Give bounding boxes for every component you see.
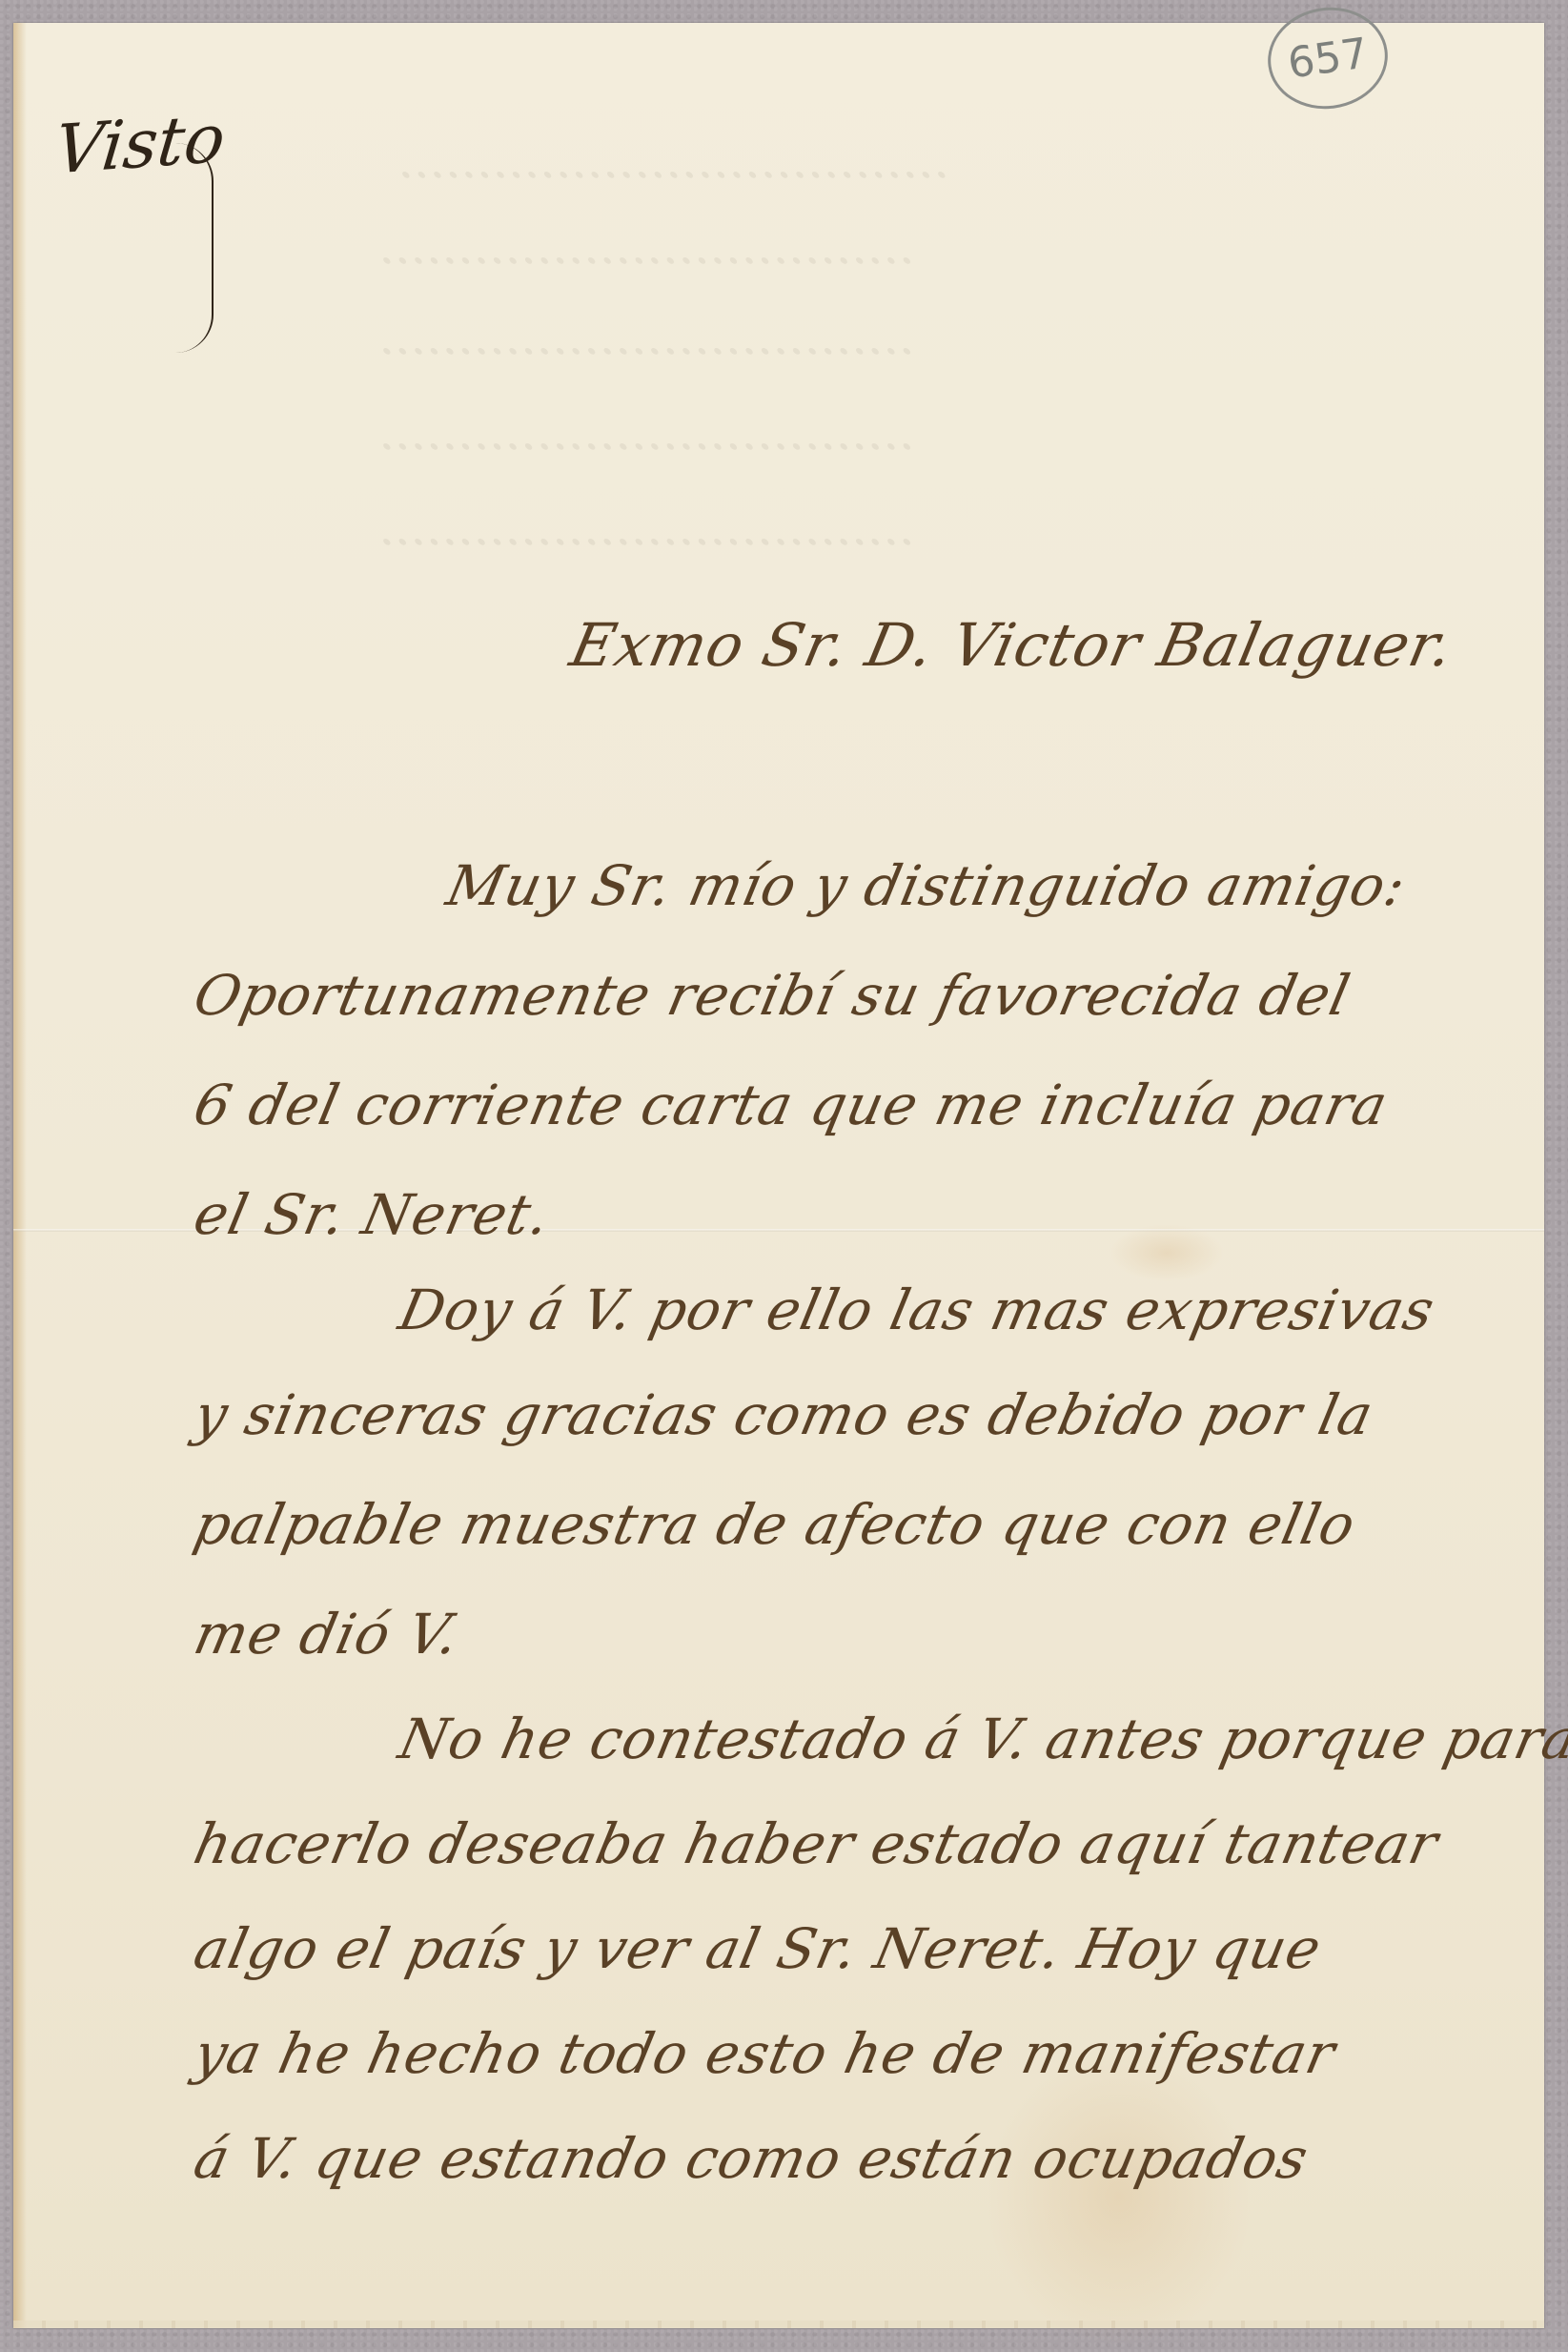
letter-line: hacerlo deseaba haber estado aquí tantea… [189,1811,1444,1876]
letter-page: ................................... ....… [13,23,1544,2328]
annotation-flourish [173,143,214,353]
bleed-through-text: .................................. [369,500,919,557]
bleed-through-text: .................................. [369,218,919,276]
letter-line: 6 del corriente carta que me incluía par… [189,1073,1394,1137]
water-stain [986,2044,1252,2349]
letter-line: á V. que estando como están ocupados [189,2126,1314,2191]
letter-line: el Sr. Neret. [189,1182,557,1247]
bleed-through-text: .................................. [369,404,919,461]
letter-line: Oportunamente recibí su favorecida del [189,963,1356,1028]
letter-line: No he contestado á V. antes porque para [394,1707,1568,1771]
bleed-through-text: .................................. [369,309,919,366]
greeting-line: Muy Sr. mío y distinguido amigo: [441,853,1412,918]
letter-line: Doy á V. por ello las mas expresivas [394,1278,1440,1342]
letter-line: algo el país y ver al Sr. Neret. Hoy que [189,1916,1328,1981]
salutation-address: Exmo Sr. D. Victor Balaguer. [564,610,1459,680]
letter-line: palpable muestra de afecto que con ello [189,1492,1362,1557]
letter-line: y sinceras gracias como es debido por la [189,1382,1379,1447]
torn-bottom-edge [13,2321,1544,2328]
folio-number: 657 [1285,29,1371,88]
letter-line: ya he hecho todo esto he de manifestar [189,2021,1341,2086]
letter-line: me dió V. [189,1602,465,1667]
bleed-through-text: ................................... [388,133,953,190]
foxing-spot [1110,1224,1224,1281]
